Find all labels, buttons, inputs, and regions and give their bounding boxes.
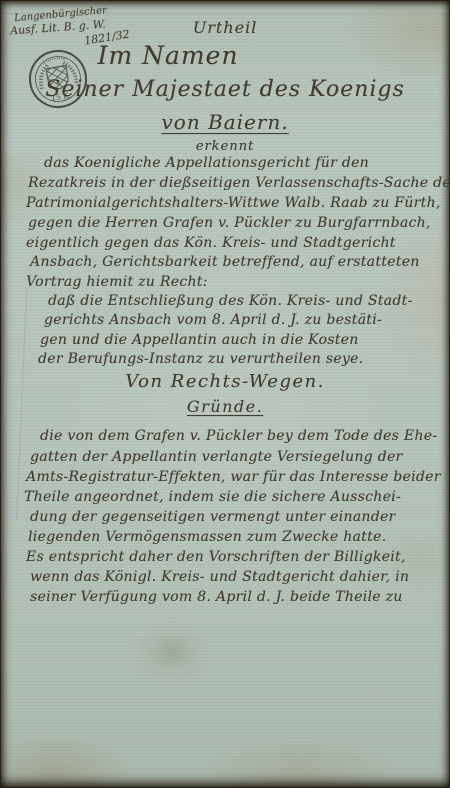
verdict-line: gen und die Appellantin auch in die Kost… — [40, 332, 359, 348]
grounds-line: gatten der Appellantin verlangte Versieg… — [30, 449, 403, 465]
manuscript-line: eigentlich gegen das Kön. Kreis- und Sta… — [26, 235, 396, 251]
grounds-line: liegenden Vermögensmassen zum Zwecke hat… — [28, 529, 386, 545]
invocation-verb: erkennt — [0, 139, 450, 154]
manuscript-line: Rezatkreis in der dießseitigen Verlassen… — [28, 175, 450, 191]
grounds-line: Amts-Registratur-Effekten, war für das I… — [26, 469, 441, 485]
grounds-heading: Gründe. — [0, 397, 450, 416]
invocation-line-1: Im Namen — [58, 41, 278, 70]
manuscript-line: das Koenigliche Appellationsgericht für … — [44, 155, 369, 171]
grounds-line: dung der gegenseitigen vermengt unter ei… — [30, 509, 396, 525]
manuscript-line: Ansbach, Gerichtsbarkeit betreffend, auf… — [30, 254, 420, 270]
grounds-line: Es entspricht daher den Vorschriften der… — [26, 549, 406, 565]
invocation-line-2: Seiner Majestaet des Koenigs — [0, 77, 450, 102]
manuscript-page: Langenbürgischer Ausf. Lit. B. g. W. 182… — [0, 0, 450, 788]
manuscript-line: Vortrag hiemit zu Recht: — [26, 274, 208, 290]
verdict-line: der Berufungs-Instanz zu verurtheilen se… — [38, 351, 363, 367]
verdict-line: daß die Entschließung des Kön. Kreis- un… — [48, 293, 413, 309]
grounds-line: Theile angeordnet, indem sie die sichere… — [24, 489, 401, 505]
manuscript-line: Patrimonialgerichtshalters-Wittwe Walb. … — [26, 195, 441, 211]
verdict-line: gerichts Ansbach vom 8. April d. J. zu b… — [44, 312, 382, 328]
grounds-line: wenn das Königl. Kreis- und Stadtgericht… — [30, 569, 409, 585]
document-type-heading: Urtheil — [0, 18, 450, 37]
invocation-line-3: von Baiern. — [0, 110, 450, 134]
manuscript-line: gegen die Herren Grafen v. Pückler zu Bu… — [28, 215, 431, 231]
grounds-line: die von dem Grafen v. Pückler bey dem To… — [40, 428, 437, 444]
grounds-line: seiner Verfügung vom 8. April d. J. beid… — [30, 589, 403, 605]
legal-formula-heading: Von Rechts-Wegen. — [0, 371, 450, 392]
